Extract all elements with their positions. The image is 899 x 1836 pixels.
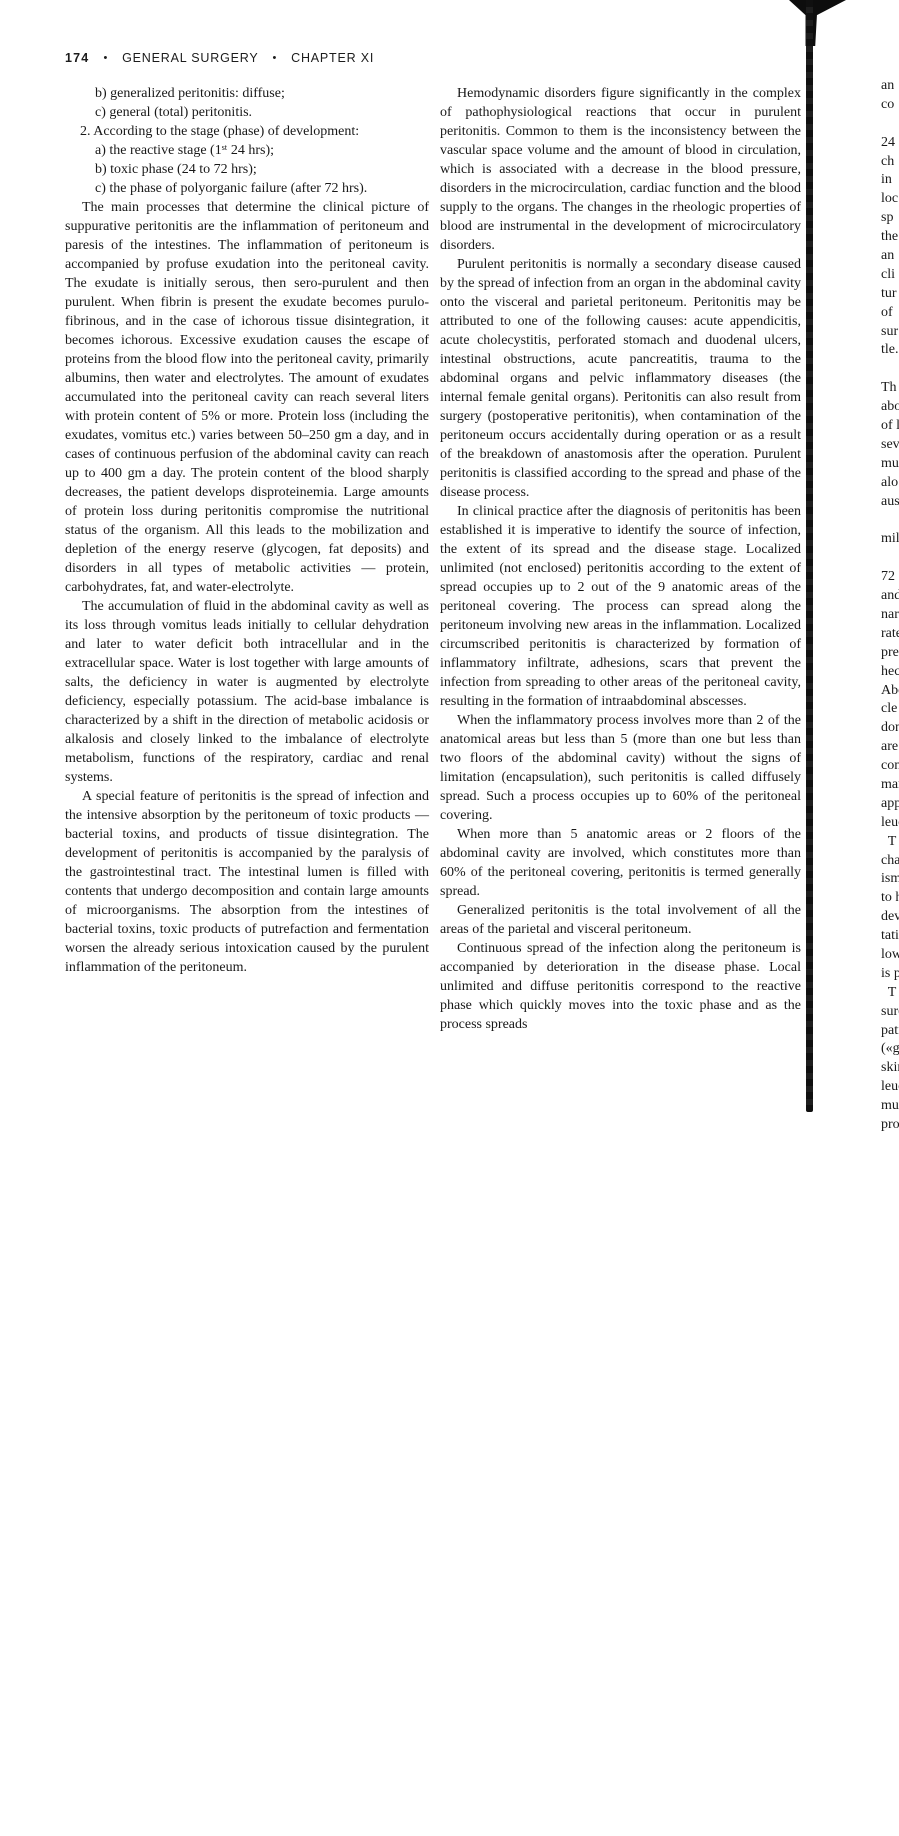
fragment-line: nar [881,606,899,625]
paragraph: The main processes that determine the cl… [65,198,429,597]
bullet-separator-icon: • [272,52,277,64]
paragraph: Continuous spread of the infection along… [440,939,801,1034]
fragment-line: rate [881,625,899,644]
fragment-line: low, [881,946,899,965]
fragment-line: is pr [881,965,899,984]
list-item: a) the reactive stage (1ˢᵗ 24 hrs); [65,141,429,160]
fragment-line: co [881,96,899,115]
fragment-line: alo [881,474,899,493]
fragment-line: app [881,795,899,814]
fragment-line: Abo [881,682,899,701]
left-text-column: b) generalized peritonitis: diffuse;c) g… [65,84,429,977]
book-gutter-corner-wedge [789,0,846,46]
fragment-line: deve [881,908,899,927]
fragment-line: T [881,833,899,852]
fragment-line: con [881,757,899,776]
fragment-line: prot [881,1116,899,1135]
fragment-line: mar [881,776,899,795]
list-item: 2. According to the stage (phase) of dev… [65,122,429,141]
fragment-line: patic [881,1022,899,1041]
paragraph: When the inflammatory process involves m… [440,711,801,825]
bullet-separator-icon: • [103,52,108,64]
paragraph: A special feature of peritonitis is the … [65,787,429,977]
fragment-line: sure [881,1003,899,1022]
fragment-line: sev [881,436,899,455]
fragment-line: leuc [881,1078,899,1097]
fragment-line: ch [881,153,899,172]
book-gutter-shadow-line [806,0,813,1112]
page-number: 174 [65,51,89,65]
right-text-column: Hemodynamic disorders figure significant… [440,84,801,1034]
fragment-line: tatic [881,927,899,946]
fragment-line: of l [881,417,899,436]
paragraph: Purulent peritonitis is normally a secon… [440,255,801,502]
paragraph: In clinical practice after the diagnosis… [440,502,801,711]
fragment-line: tle. [881,341,899,360]
list-item: c) the phase of polyorganic failure (aft… [65,179,429,198]
fragment-line [881,115,899,134]
list-item: b) generalized peritonitis: diffuse; [65,84,429,103]
fragment-line: mula [881,1097,899,1116]
left-column-paragraphs: The main processes that determine the cl… [65,198,429,977]
fragment-line: T [881,984,899,1003]
fragment-line: («gra [881,1040,899,1059]
fragment-line [881,360,899,379]
fragment-line: 72 [881,568,899,587]
fragment-line: cle [881,700,899,719]
fragment-line: leuc [881,814,899,833]
fragment-line: are [881,738,899,757]
fragment-line: Th [881,379,899,398]
section-title: GENERAL SURGERY [122,51,258,65]
fragment-line: sur [881,323,899,342]
fragment-line: mu [881,455,899,474]
fragment-line: tur [881,285,899,304]
fragment-line: an [881,247,899,266]
paragraph: Hemodynamic disorders figure significant… [440,84,801,255]
next-page-text-fragments: anco 24chinlocsptheancliturofsurtle. Tha… [881,77,899,1135]
fragment-line [881,511,899,530]
fragment-line: mil [881,530,899,549]
fragment-line [881,549,899,568]
paragraph: When more than 5 anatomic areas or 2 flo… [440,825,801,901]
fragment-line: ism. [881,870,899,889]
fragment-line: of [881,304,899,323]
fragment-line: in [881,171,899,190]
fragment-line: aus [881,493,899,512]
scanned-book-page: 174 • GENERAL SURGERY • CHAPTER XI b) ge… [0,0,899,1836]
fragment-line: loc [881,190,899,209]
fragment-line: pres [881,644,899,663]
fragment-line: don [881,719,899,738]
fragment-line: char [881,852,899,871]
list-item: b) toxic phase (24 to 72 hrs); [65,160,429,179]
fragment-line: to h [881,889,899,908]
fragment-line: an [881,77,899,96]
fragment-line: hec [881,663,899,682]
fragment-line: 24 [881,134,899,153]
chapter-title: CHAPTER XI [291,51,374,65]
paragraph: The accumulation of fluid in the abdomin… [65,597,429,787]
fragment-line: skin [881,1059,899,1078]
fragment-line: abo [881,398,899,417]
fragment-line: the [881,228,899,247]
running-head: 174 • GENERAL SURGERY • CHAPTER XI [65,50,374,66]
paragraph: Generalized peritonitis is the total inv… [440,901,801,939]
fragment-line: sp [881,209,899,228]
fragment-line: and [881,587,899,606]
fragment-line: cli [881,266,899,285]
list-item: c) general (total) peritonitis. [65,103,429,122]
classification-list: b) generalized peritonitis: diffuse;c) g… [65,84,429,198]
